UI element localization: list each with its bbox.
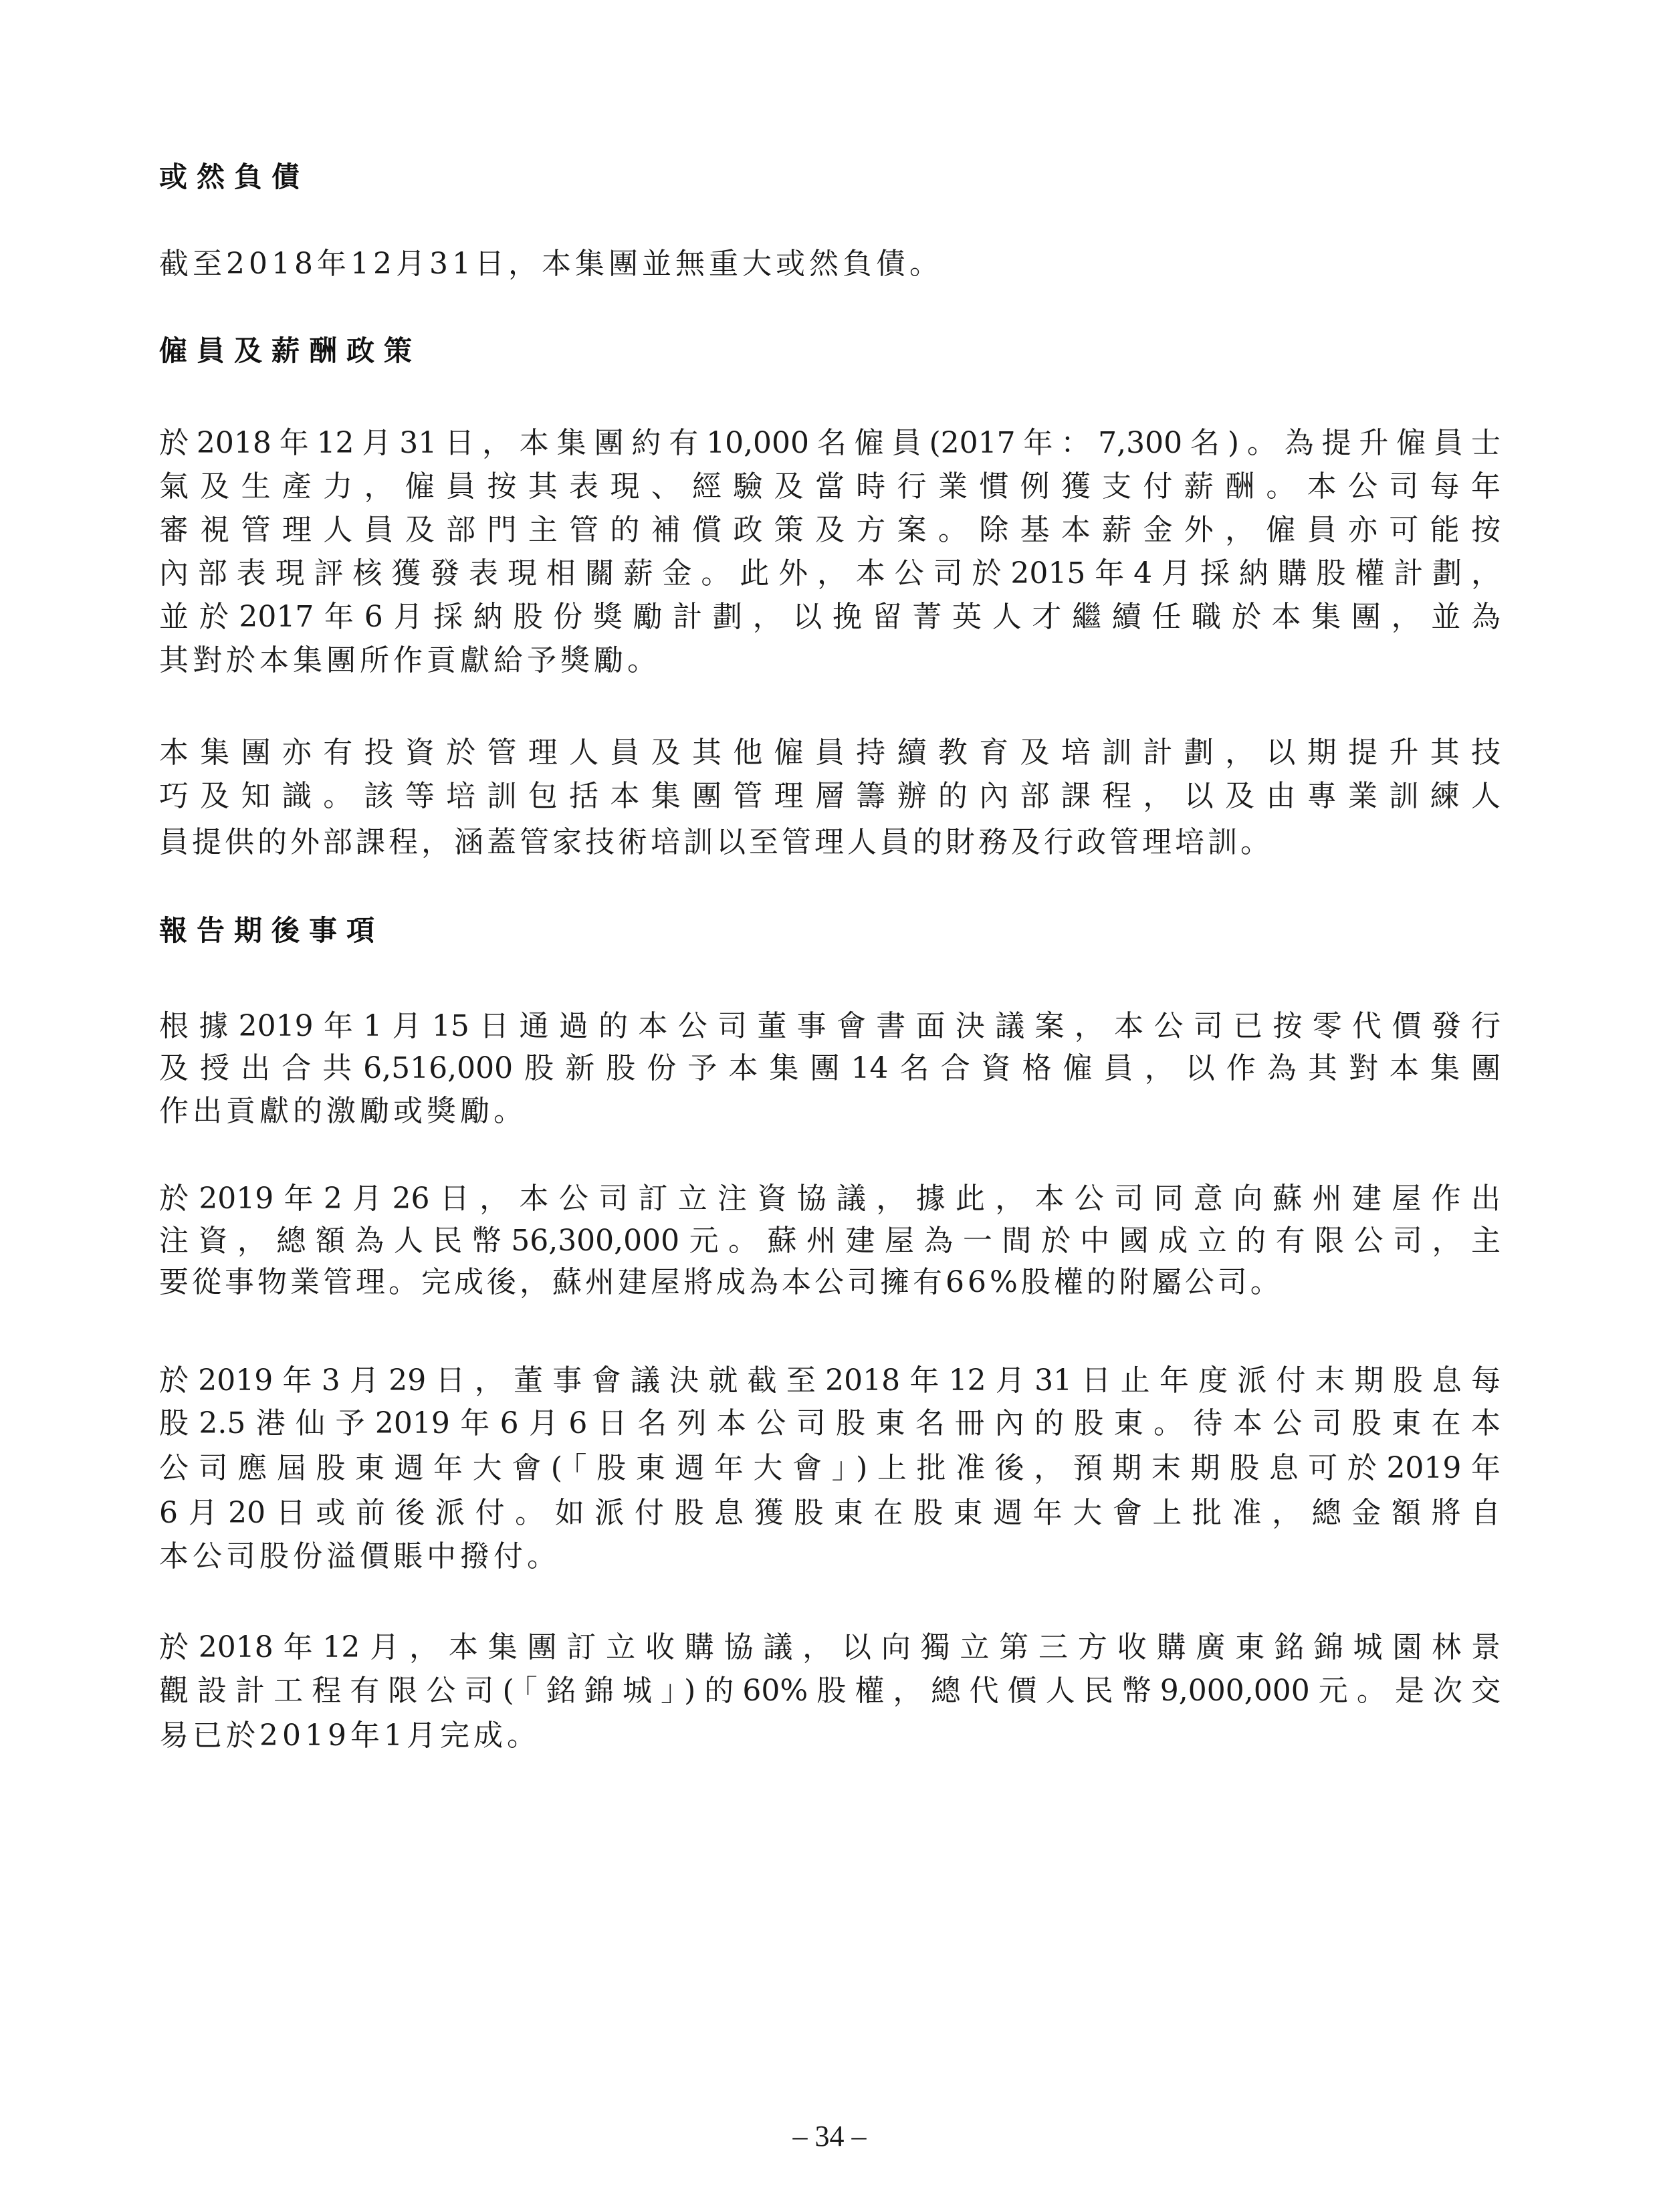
paragraph-line: 6月20日或前後派付。如派付股息獲股東在股東週年大會上批准，總金額將自	[159, 1493, 1501, 1533]
paragraph-line: 於2019年3月29日，董事會議決就截至2018年12月31日止年度派付末期股息…	[159, 1361, 1501, 1401]
paragraph-line: 注資，總額為人民幣56,300,000元。蘇州建屋為一間於中國成立的有限公司，主	[159, 1221, 1501, 1261]
paragraph-line: 於2019年2月26日，本公司訂立注資協議，據此，本公司同意向蘇州建屋作出	[159, 1179, 1501, 1219]
paragraph-line: 股2.5港仙予2019年6月6日名列本公司股東名冊內的股東。待本公司股東在本	[159, 1404, 1501, 1444]
paragraph-line: 並於2017年6月採納股份獎勵計劃，以挽留菁英人才繼續任職於本集團，並為	[159, 597, 1501, 637]
paragraph-line: 根據2019年1月15日通過的本公司董事會書面決議案，本公司已按零代價發行	[159, 1006, 1501, 1046]
paragraph-line: 於2018年12月，本集團訂立收購協議，以向獨立第三方收購廣東銘錦城園林景	[159, 1628, 1501, 1668]
paragraph-line: 其對於本集團所作貢獻給予獎勵。	[159, 641, 1501, 681]
paragraph-line: 氣及生產力，僱員按其表現、經驗及當時行業慣例獲支付薪酬。本公司每年	[159, 467, 1501, 507]
paragraph-line: 巧及知識。該等培訓包括本集團管理層籌辦的內部課程，以及由專業訓練人	[159, 776, 1501, 816]
section-heading-subsequent-events: 報告期後事項	[159, 911, 384, 951]
page-number: – 34 –	[0, 2116, 1659, 2156]
paragraph-line: 內部表現評核獲發表現相關薪金。此外，本公司於2015年4月採納購股權計劃，	[159, 554, 1501, 594]
paragraph-line: 公司應屆股東週年大會(「股東週年大會」)上批准後，預期末期股息可於2019年	[159, 1448, 1501, 1488]
section-heading-employees-remuneration: 僱員及薪酬政策	[159, 331, 421, 371]
paragraph-line: 及授出合共6,516,000股新股份予本集團14名合資格僱員，以作為其對本集團	[159, 1048, 1501, 1089]
paragraph-line: 本公司股份溢價賬中撥付。	[159, 1537, 1501, 1577]
paragraph-line: 於2018年12月31日，本集團約有10,000名僱員(2017年：7,300名…	[159, 423, 1501, 463]
paragraph-line: 本集團亦有投資於管理人員及其他僱員持續教育及培訓計劃，以期提升其技	[159, 733, 1501, 773]
paragraph-line: 員提供的外部課程，涵蓋管家技術培訓以至管理人員的財務及行政管理培訓。	[159, 822, 1501, 863]
paragraph-line: 觀設計工程有限公司(「銘錦城」)的60%股權，總代價人民幣9,000,000元。…	[159, 1671, 1501, 1711]
paragraph-line: 要從事物業管理。完成後，蘇州建屋將成為本公司擁有66%股權的附屬公司。	[159, 1262, 1501, 1303]
section-heading-contingent-liabilities: 或然負債	[159, 157, 309, 197]
paragraph-line: 截至2018年12月31日，本集團並無重大或然負債。	[159, 244, 1501, 284]
paragraph-line: 易已於2019年1月完成。	[159, 1716, 1501, 1756]
paragraph-line: 作出貢獻的激勵或獎勵。	[159, 1091, 1501, 1131]
paragraph-line: 審視管理人員及部門主管的補償政策及方案。除基本薪金外，僱員亦可能按	[159, 510, 1501, 550]
